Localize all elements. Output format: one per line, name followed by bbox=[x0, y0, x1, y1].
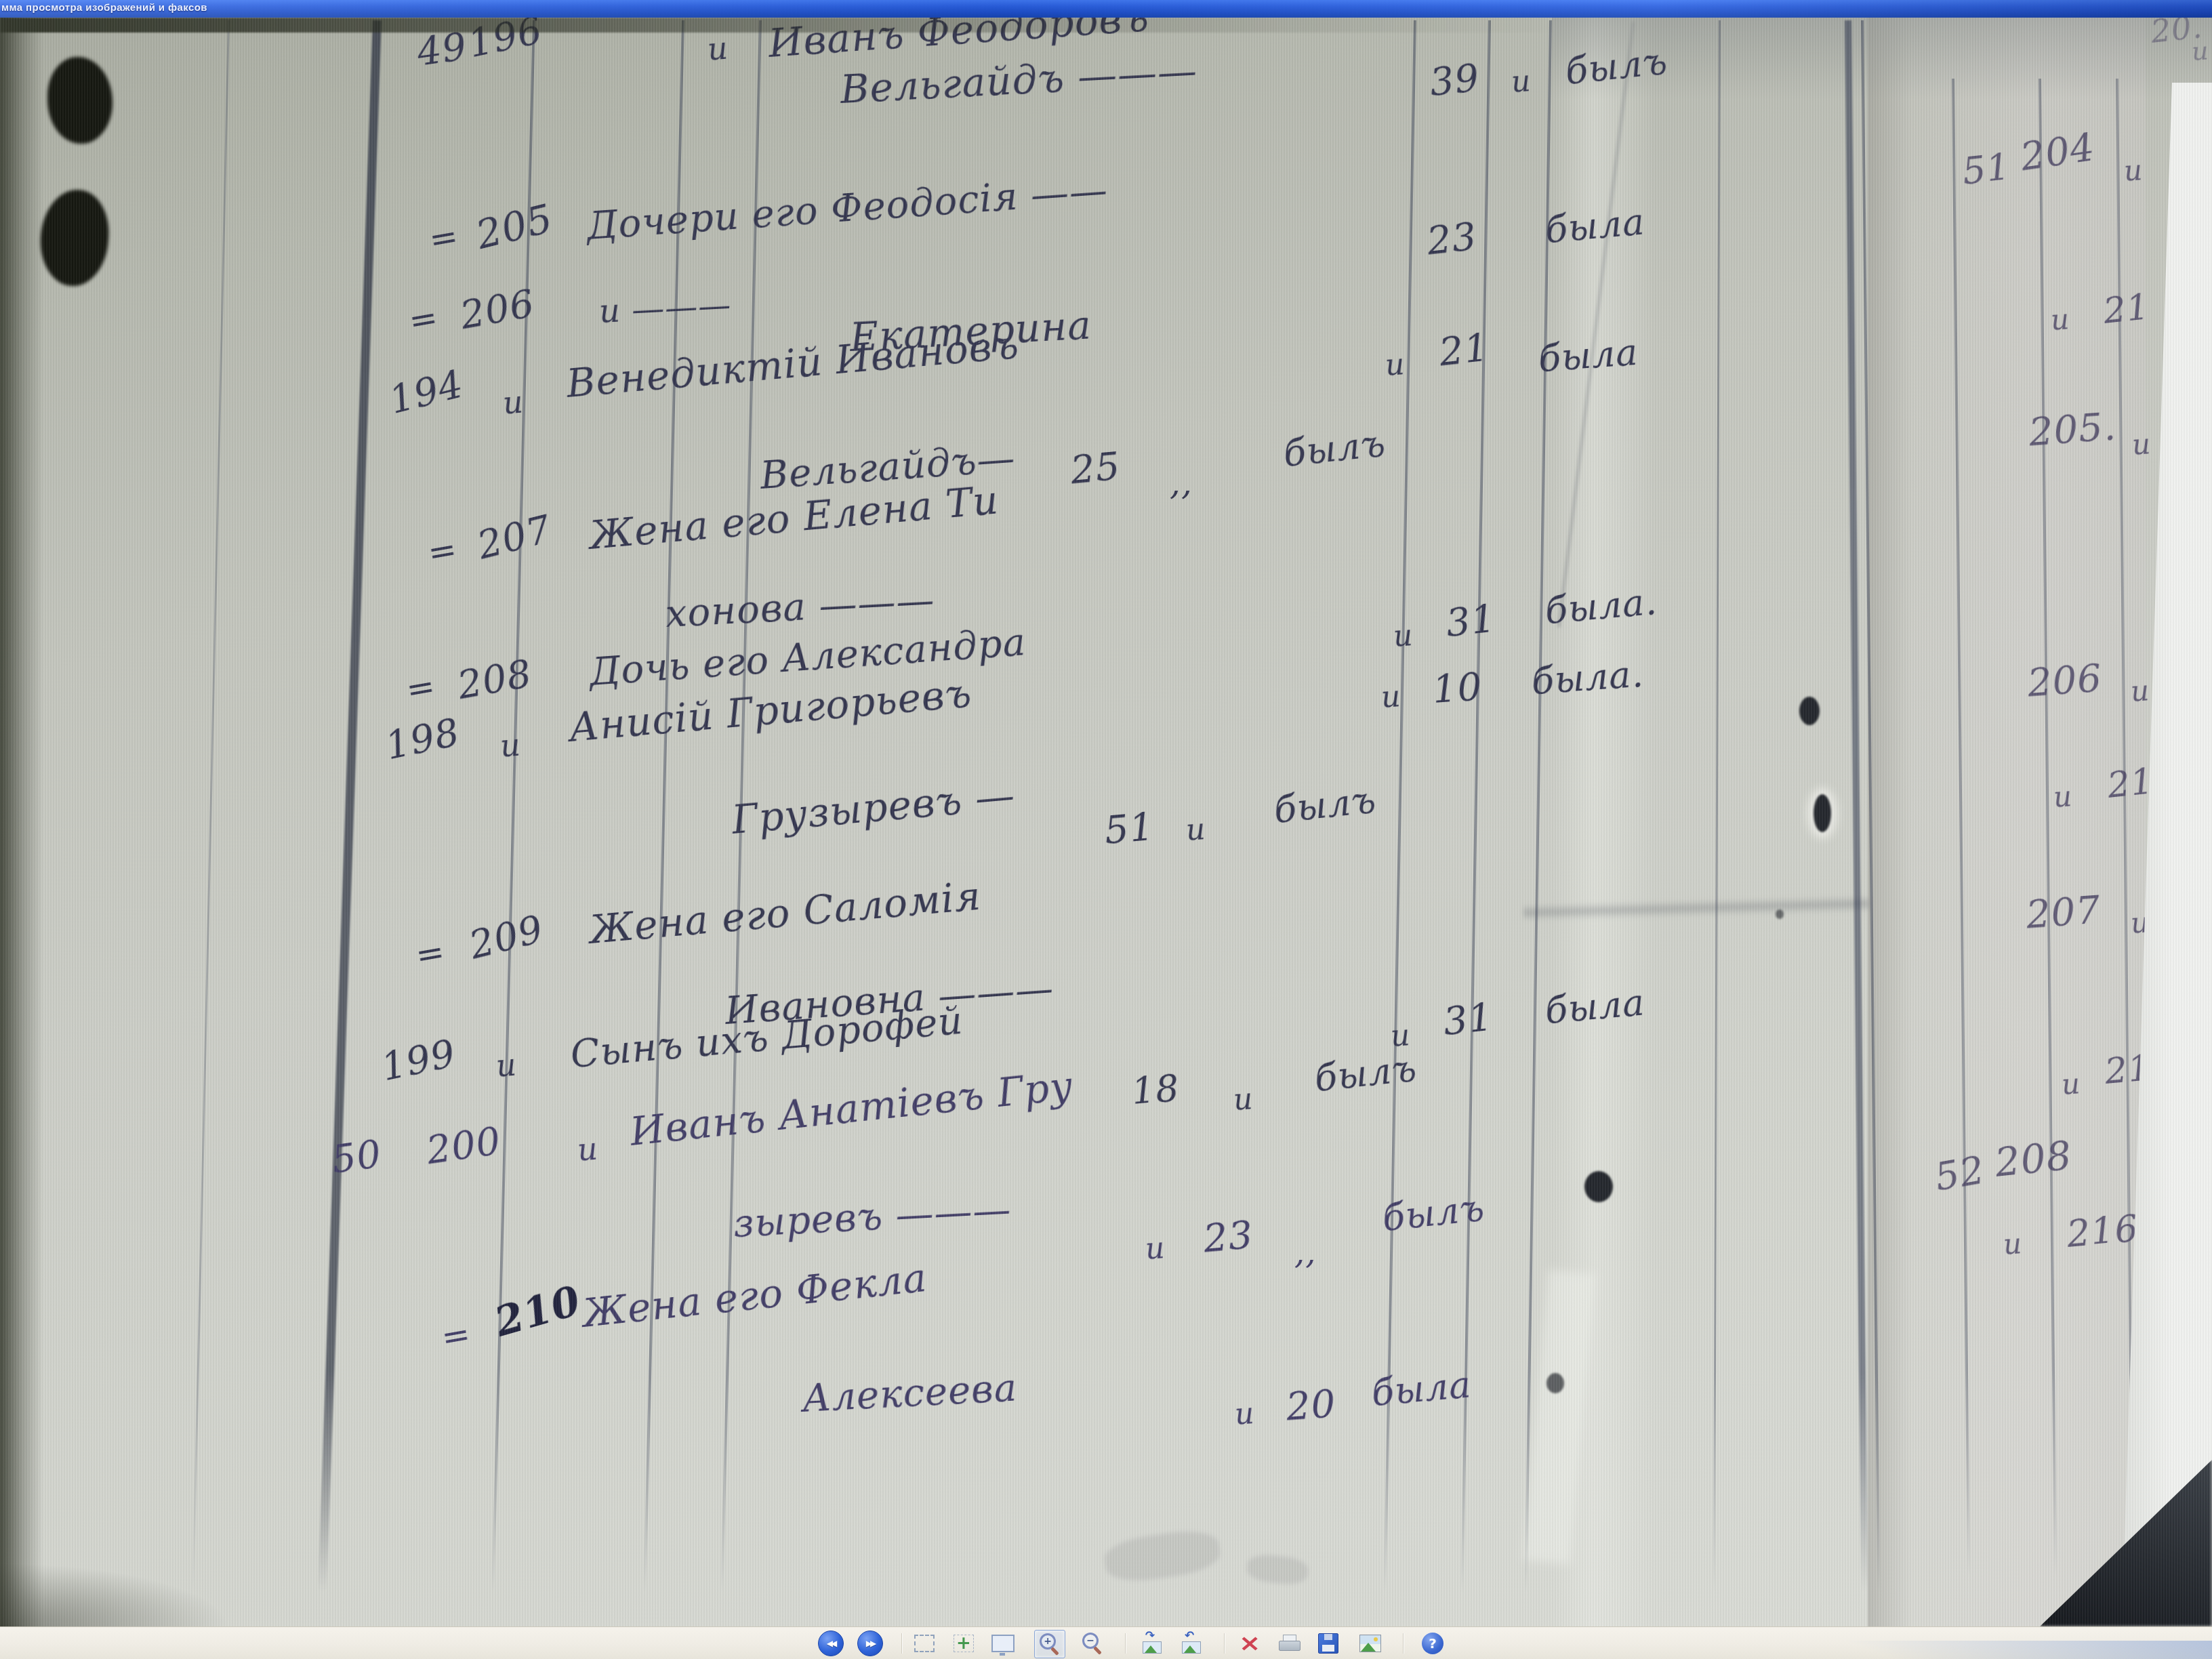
column-rule bbox=[192, 20, 230, 1592]
person-number: 21 bbox=[2102, 287, 2152, 332]
zoom-in-button[interactable]: + bbox=[1034, 1630, 1065, 1658]
picture-thumb bbox=[1143, 1641, 1162, 1654]
zoom-out-button[interactable]: − bbox=[1078, 1630, 1107, 1657]
entry-age: 31 bbox=[1444, 597, 1498, 646]
help-icon: ? bbox=[1422, 1633, 1443, 1654]
person-number: 216 bbox=[2065, 1207, 2140, 1256]
entry-name: Дочери его Феодосія —— bbox=[586, 168, 1109, 249]
column-rule bbox=[643, 20, 684, 1592]
best-fit-button[interactable] bbox=[909, 1630, 939, 1657]
entry-age: 18 bbox=[1130, 1067, 1181, 1113]
person-number: 206 bbox=[2026, 656, 2104, 705]
print-button[interactable] bbox=[1274, 1630, 1304, 1657]
slideshow-icon bbox=[991, 1635, 1015, 1652]
pencil-smudge bbox=[1102, 1526, 1222, 1585]
save-icon bbox=[1318, 1633, 1338, 1654]
entry-age: 21 bbox=[1437, 326, 1492, 375]
household-number: 50 bbox=[329, 1132, 384, 1183]
next-image-button[interactable]: ▶▶ bbox=[855, 1630, 885, 1657]
person-number: 207 bbox=[473, 507, 556, 568]
ditto-mark: и bbox=[706, 29, 730, 67]
ditto-mark: и bbox=[1233, 1396, 1256, 1432]
toolbar-separator bbox=[901, 1633, 902, 1654]
person-number: 209 bbox=[465, 907, 548, 968]
ditto-mark: и bbox=[1384, 347, 1406, 383]
person-number: 198 bbox=[382, 710, 464, 769]
entry-status: былъ bbox=[1272, 778, 1378, 831]
floppy-shutter bbox=[1324, 1634, 1332, 1640]
entry-name: Алексеева bbox=[801, 1366, 1018, 1421]
mountain-shape bbox=[1145, 1645, 1157, 1653]
rotate-clockwise-button[interactable]: ↷ bbox=[1137, 1630, 1167, 1657]
column-rule bbox=[1713, 20, 1721, 1593]
print-icon bbox=[1279, 1635, 1299, 1652]
entry-name: Иванъ Анатіевъ Гру bbox=[628, 1063, 1075, 1155]
person-number: 205 bbox=[472, 194, 558, 258]
edit-button[interactable] bbox=[1355, 1630, 1385, 1657]
entry-age: 31 bbox=[1441, 996, 1496, 1044]
document-viewport: 49 196 и Иванъ Феодоровъ Вельгайдъ ——— 3… bbox=[0, 18, 2212, 1626]
person-number: 200 bbox=[424, 1119, 504, 1173]
screen-edge-shadow bbox=[0, 18, 1559, 33]
ditto-mark: и bbox=[1392, 618, 1414, 654]
title-bar-sheen bbox=[0, 0, 2212, 18]
ditto-mark: = bbox=[413, 932, 448, 976]
paper-speck bbox=[1776, 909, 1784, 919]
ditto-mark: = bbox=[425, 529, 460, 573]
ditto-mark: и bbox=[501, 383, 525, 421]
slideshow-button[interactable] bbox=[988, 1630, 1018, 1657]
ditto-mark: и bbox=[2131, 427, 2152, 462]
ditto-mark: и bbox=[1380, 679, 1402, 715]
household-number: 52 bbox=[1931, 1148, 1988, 1200]
person-number: 210 bbox=[489, 1277, 586, 1347]
delete-button[interactable]: × bbox=[1235, 1630, 1265, 1657]
ditto-mark: и bbox=[2002, 1227, 2023, 1261]
magnifier-handle bbox=[1093, 1646, 1102, 1655]
right-page-margin bbox=[1868, 18, 2146, 1626]
paper-hole bbox=[1799, 697, 1820, 725]
actual-size-button[interactable]: + bbox=[949, 1630, 979, 1657]
rotate-counterclockwise-icon: ↶ bbox=[1181, 1633, 1202, 1654]
ditto-mark: и bbox=[2123, 153, 2144, 188]
person-number: 199 bbox=[377, 1031, 459, 1090]
floppy-label bbox=[1322, 1645, 1334, 1652]
entry-name: Жена его Саломія bbox=[588, 873, 983, 953]
entry-age: 25 bbox=[1069, 445, 1122, 493]
ditto-mark: и bbox=[2049, 302, 2070, 337]
entry-name: Венедиктій Ивановъ bbox=[565, 321, 1021, 407]
picture-thumb bbox=[1182, 1641, 1201, 1654]
pencil-smudge bbox=[1246, 1553, 1309, 1586]
picture-and-fax-viewer-window: мма просмотра изображений и факсов 49 19… bbox=[0, 0, 2212, 1659]
ditto-mark: и bbox=[1510, 64, 1532, 100]
sun-shape bbox=[1374, 1637, 1378, 1641]
ditto-mark: = bbox=[438, 1314, 474, 1358]
window-title: мма просмотра изображений и факсов bbox=[1, 2, 207, 14]
paper-hole bbox=[1547, 1373, 1564, 1393]
edit-icon bbox=[1359, 1635, 1381, 1652]
entry-status: былъ bbox=[1380, 1186, 1487, 1239]
best-fit-icon bbox=[914, 1635, 935, 1652]
entry-status: была bbox=[1370, 1363, 1473, 1414]
ditto-mark: ,, bbox=[1294, 1233, 1317, 1271]
toolbar-separator bbox=[1224, 1633, 1225, 1654]
entry-name: хонова ——— bbox=[664, 578, 936, 636]
entry-status: была. bbox=[1530, 653, 1645, 703]
entry-age: 51 bbox=[1103, 805, 1156, 853]
entry-status: былъ bbox=[1313, 1046, 1419, 1099]
ditto-mark: и bbox=[2129, 674, 2150, 708]
person-number: 194 bbox=[385, 362, 468, 423]
entry-age: 20 bbox=[1285, 1382, 1338, 1429]
household-number: 51 bbox=[1961, 146, 2013, 193]
entry-status: была bbox=[1543, 981, 1646, 1032]
save-button[interactable] bbox=[1313, 1630, 1343, 1657]
corner-shadow bbox=[0, 1563, 230, 1626]
entry-status: была bbox=[1537, 331, 1640, 380]
toolbar-shading bbox=[1738, 1641, 2212, 1659]
next-image-icon: ▶▶ bbox=[857, 1631, 883, 1656]
dark-obstruction bbox=[37, 188, 112, 289]
rotate-counterclockwise-button[interactable]: ↶ bbox=[1176, 1630, 1206, 1657]
paper-hole bbox=[1814, 794, 1831, 832]
previous-image-button[interactable]: ◀◀ bbox=[816, 1630, 846, 1657]
rotate-clockwise-icon: ↷ bbox=[1141, 1633, 1163, 1654]
person-number: 21 bbox=[2106, 761, 2156, 806]
ditto-mark: и bbox=[1144, 1231, 1166, 1267]
ditto-mark: и bbox=[2060, 1067, 2081, 1101]
zoom-out-icon: − bbox=[1081, 1632, 1104, 1655]
mountain-shape bbox=[1184, 1645, 1196, 1653]
zoom-in-icon: + bbox=[1038, 1633, 1061, 1656]
person-number: 207 bbox=[2025, 888, 2102, 937]
screen-edge-shadow bbox=[0, 18, 43, 1626]
mountain-shape bbox=[1361, 1643, 1376, 1652]
corner-mark-fragment: и bbox=[2190, 35, 2209, 66]
toolbar-separator bbox=[1403, 1633, 1404, 1654]
rotate-arrow: ↷ bbox=[1145, 1629, 1155, 1643]
help-button[interactable]: ? bbox=[1418, 1630, 1448, 1657]
entry-age: 23 bbox=[1202, 1213, 1255, 1261]
viewer-toolbar: ◀◀ ▶▶ + + − bbox=[0, 1626, 2212, 1659]
ditto-mark: и bbox=[576, 1130, 600, 1168]
entry-name: Жена его Фекла bbox=[580, 1254, 929, 1336]
paper-hole bbox=[1584, 1171, 1613, 1202]
entry-name: зыревъ ——— bbox=[732, 1188, 1012, 1246]
column-rule bbox=[491, 20, 535, 1592]
ditto-mark: = bbox=[406, 298, 441, 342]
person-number: 208 bbox=[454, 651, 535, 708]
person-number: 208 bbox=[1992, 1132, 2074, 1186]
toolbar-separator bbox=[1125, 1633, 1126, 1654]
entry-age: 23 bbox=[1425, 215, 1479, 264]
ditto-mark: и bbox=[1185, 812, 1207, 848]
ditto-mark: и ——— bbox=[598, 286, 733, 331]
margin-rule bbox=[318, 20, 382, 1592]
title-bar: мма просмотра изображений и факсов bbox=[0, 0, 2212, 18]
ditto-mark: и bbox=[495, 1046, 518, 1084]
printer-body bbox=[1279, 1641, 1300, 1651]
ditto-mark: и bbox=[1232, 1082, 1254, 1118]
ditto-mark: и bbox=[2052, 779, 2073, 814]
ditto-mark: ,, bbox=[1170, 464, 1193, 503]
ditto-mark: = bbox=[426, 216, 462, 260]
rotate-arrow: ↶ bbox=[1185, 1629, 1194, 1643]
actual-size-icon: + bbox=[954, 1635, 974, 1652]
ditto-mark: и bbox=[499, 726, 523, 764]
entry-status: былъ bbox=[1282, 422, 1388, 474]
entry-age: 10 bbox=[1431, 665, 1484, 712]
magnifier-handle bbox=[1050, 1647, 1059, 1656]
ditto-mark: = bbox=[403, 666, 438, 710]
entry-name: Грузыревъ — bbox=[730, 773, 1017, 843]
entry-status: была bbox=[1543, 200, 1646, 251]
dark-obstruction bbox=[47, 57, 112, 144]
delete-icon: × bbox=[1239, 1632, 1261, 1655]
person-number: 205. bbox=[2028, 405, 2118, 455]
previous-image-icon: ◀◀ bbox=[818, 1631, 844, 1656]
column-rule bbox=[1383, 20, 1416, 1593]
entry-age: 39 bbox=[1428, 56, 1482, 105]
